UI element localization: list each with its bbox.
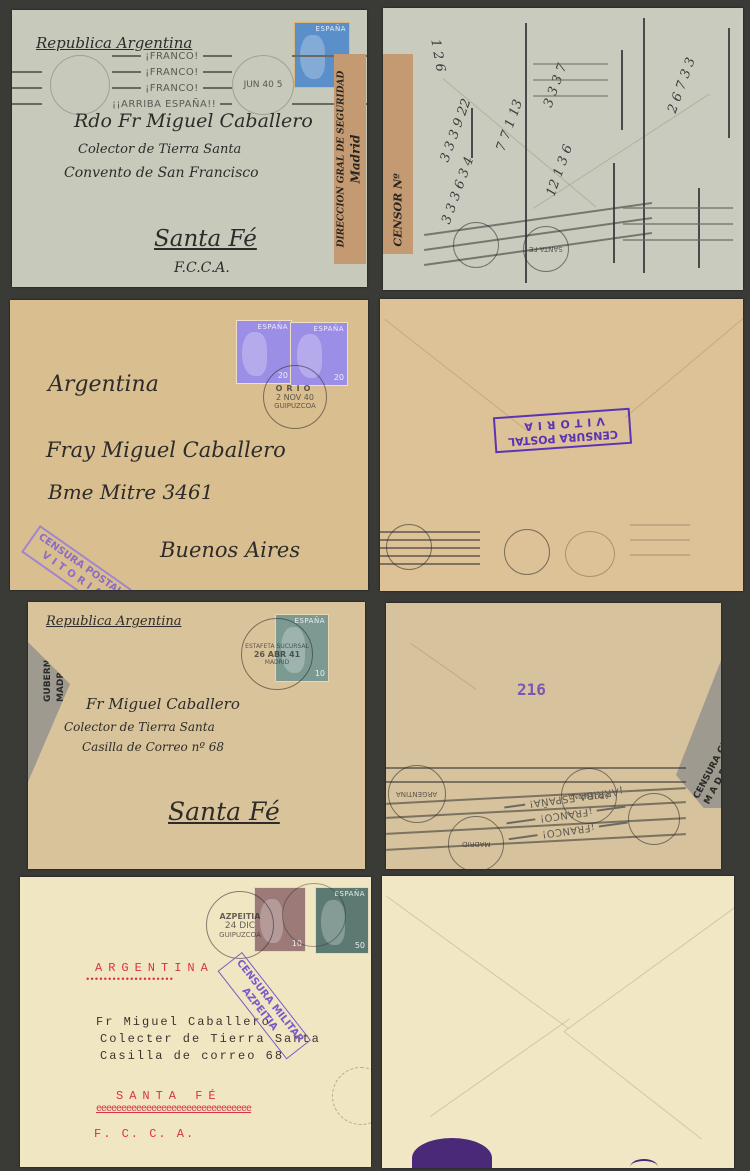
- pencil-line: [621, 50, 623, 130]
- postmark: [50, 55, 110, 115]
- flap-fold: [625, 314, 743, 418]
- cancel-line: [630, 554, 690, 556]
- city: Santa Fé: [154, 226, 257, 252]
- address-line: Bme Mitre 3461: [48, 480, 213, 504]
- postmark: [332, 1067, 371, 1125]
- backstamp: SANTA FE: [523, 226, 569, 272]
- cancel-line: [630, 539, 690, 541]
- backstamp: [504, 529, 550, 575]
- portrait-icon: [242, 332, 267, 375]
- slogan-cancel-left: [12, 64, 42, 112]
- envelope-1-front: Republica Argentina ¡FRANCO! ¡FRANCO! ¡F…: [12, 10, 367, 287]
- backstamp: [453, 222, 499, 268]
- underline-rule: eeeeeeeeeeeeeeeeeeeeeeeeeeeeeee: [96, 1104, 251, 1115]
- flap-fold: [563, 1031, 702, 1140]
- slogan-cancel-faint: [533, 56, 608, 104]
- censor-handstamp-inverted: CENSURA POSTAL VITORIA: [493, 408, 632, 453]
- backstamp: [565, 531, 615, 577]
- backstamp: MADRID: [448, 816, 504, 869]
- pencil-line: [613, 163, 615, 263]
- postmark: JUN 40 5: [232, 55, 294, 115]
- dotted-rule: ••••••••••••••••••••: [85, 975, 173, 985]
- postmark: AZPEITIA 24 DIC GUIPUZCOA: [206, 891, 274, 959]
- pencil-note: 3 3 3 6 3 4: [439, 155, 477, 226]
- pencil-note: 2 6 7 3 3: [665, 56, 699, 116]
- pencil-note: 3 3 3 9 22: [438, 97, 475, 164]
- city: SANTA FÉ: [116, 1089, 222, 1103]
- city: Santa Fé: [168, 797, 280, 826]
- rail-line: F.C.C.A.: [174, 260, 230, 276]
- address-line: Casilla de correo 68: [100, 1049, 284, 1063]
- pencil-line: [728, 28, 730, 138]
- envelope-4-back: [382, 876, 734, 1168]
- backstamp: ARGENTINA: [388, 765, 446, 823]
- envelope-2-front: ESPAÑA 20 ESPAÑA 20 ORIO 2 NOV 40 GUIPUZ…: [10, 300, 368, 590]
- censor-tape: DIRECCION GRAL DE SEGURIDAD Madrid: [334, 54, 366, 264]
- flap-fold: [410, 643, 476, 690]
- seal-fragment: [630, 1159, 658, 1168]
- destination-country: Republica Argentina: [46, 614, 181, 629]
- censor-tape: CENSURA GUBERNATIVA MADRID: [676, 658, 721, 808]
- envelope-1-back: CENSOR Nº 1 2 6 3 3 3 9 22 7 7 1 13 3 3 …: [383, 8, 743, 290]
- postmark: ESTAFETA SUCURSAL 26 ABR 41 MADRID: [241, 618, 313, 690]
- city: Buenos Aires: [160, 538, 300, 562]
- envelope-2-back: CENSURA POSTAL VITORIA: [380, 299, 743, 591]
- address-line: Colector de Tierra Santa: [78, 142, 241, 157]
- addressee: Fr Miguel Caballero: [86, 695, 240, 713]
- backstamp: [386, 524, 432, 570]
- address-line: Colector de Tierra Santa: [64, 720, 215, 734]
- slogan-cancel: ¡FRANCO! ¡FRANCO! ¡FRANCO! ¡¡ARRIBA ESPA…: [112, 48, 232, 112]
- addressee: Fray Miguel Caballero: [46, 438, 286, 462]
- wax-seal: [412, 1138, 492, 1168]
- cancel-line: [630, 524, 690, 526]
- pencil-note: 1 2 6: [427, 38, 448, 73]
- backstamp: [628, 793, 680, 845]
- envelope-4-front: 10 ESPAÑA 50 AZPEITIA 24 DIC GUIPUZCOA A…: [20, 877, 371, 1167]
- destination-country: ARGENTINA: [95, 961, 214, 975]
- addressee: Fr Miguel Caballero: [96, 1015, 271, 1029]
- pencil-note: 12 1 3 6: [544, 143, 576, 199]
- flap-fold: [564, 899, 734, 1032]
- censor-number: 216: [517, 680, 546, 699]
- slogan-cancel-inverted: [623, 200, 733, 248]
- addressee: Rdo Fr Miguel Caballero: [74, 110, 313, 132]
- flap-fold: [430, 1018, 570, 1116]
- destination-country: Argentina: [48, 372, 159, 397]
- pencil-line: [471, 108, 473, 158]
- rail-line: F. C. C. A.: [94, 1127, 195, 1141]
- address-line: Convento de San Francisco: [64, 165, 259, 181]
- censor-handstamp: CENSURA POSTAL VITORIA: [21, 525, 132, 590]
- postmark: [282, 883, 346, 947]
- envelope-3-back: 216 CENSURA GUBERNATIVA MADRID ARGENTINA…: [386, 603, 721, 869]
- envelope-3-front: Republica Argentina ESPAÑA 10 ESTAFETA S…: [28, 602, 365, 869]
- postmark: ORIO 2 NOV 40 GUIPUZCOA: [263, 365, 327, 429]
- censor-tape: GUBERNATIVA MADRID: [28, 642, 70, 782]
- censor-tape: CENSOR Nº: [383, 54, 413, 254]
- flap-fold: [384, 319, 526, 431]
- address-line: Casilla de Correo nº 68: [82, 740, 224, 754]
- flap-fold: [386, 896, 569, 1029]
